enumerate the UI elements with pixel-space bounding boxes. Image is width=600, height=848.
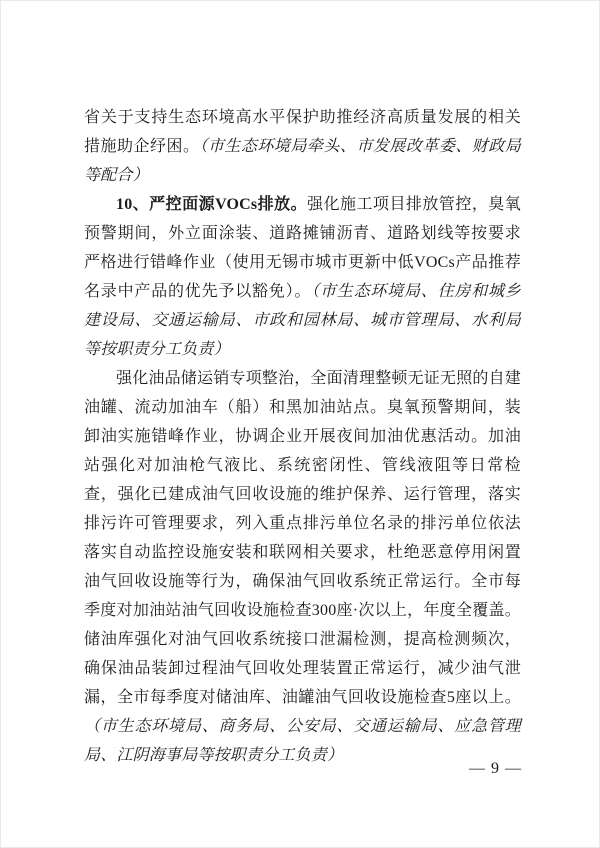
document-body: 省关于支持生态环境高水平保护助推经济高质量发展的相关措施助企纾困。（市生态环境局…: [84, 103, 521, 770]
paragraph: 省关于支持生态环境高水平保护助推经济高质量发展的相关措施助企纾困。（市生态环境局…: [84, 103, 521, 190]
paragraph: 强化油品储运销专项整治，全面清理整顿无证无照的自建油罐、流动加油车（船）和黑加油…: [84, 364, 521, 770]
text-segment-kaiti: （市生态环境局、商务局、公安局、交通运输局、应急管理局、江阴海事局等按职责分工负…: [84, 718, 521, 764]
text-segment-bold: 10、严控面源VOCs排放。: [116, 196, 307, 213]
page-number: — 9 —: [469, 759, 522, 779]
paragraph: 10、严控面源VOCs排放。强化施工项目排放管控，臭氧预警期间，外立面涂装、道路…: [84, 190, 521, 364]
document-page: 省关于支持生态环境高水平保护助推经济高质量发展的相关措施助企纾困。（市生态环境局…: [0, 0, 600, 848]
text-segment-normal: 强化油品储运销专项整治，全面清理整顿无证无照的自建油罐、流动加油车（船）和黑加油…: [84, 370, 521, 706]
